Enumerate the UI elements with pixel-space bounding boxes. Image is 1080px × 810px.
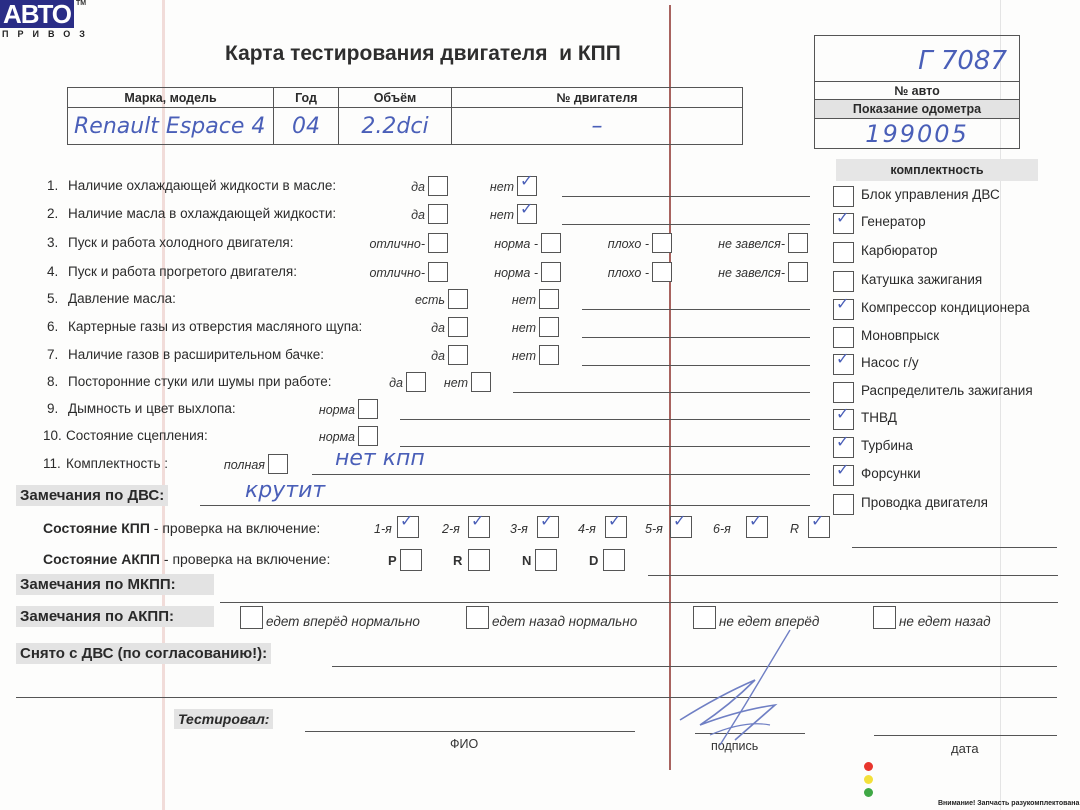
option-label: норма - — [470, 237, 538, 251]
option-checkbox[interactable] — [541, 262, 561, 282]
option-checkbox[interactable] — [448, 317, 468, 337]
option-label: плохо - — [585, 266, 649, 280]
auto-number-label: № авто — [815, 81, 1019, 100]
volume-value[interactable]: 2.2dci — [339, 108, 452, 145]
option-label: нет — [470, 208, 514, 222]
completeness-item-label: Форсунки — [861, 466, 921, 481]
gear-position-label: D — [589, 553, 598, 568]
manual-gearbox-line — [852, 547, 1057, 548]
answer-line — [312, 474, 810, 475]
gear-label: R — [790, 522, 799, 536]
gear-position-label: P — [388, 553, 397, 568]
question-number: 5. — [47, 291, 58, 306]
option-label: не завелся- — [690, 237, 785, 251]
option-label: да — [393, 208, 425, 222]
completeness-item-label: Проводка двигателя — [861, 495, 988, 510]
vehicle-id-box: Г 7087 № авто Показание одометра 199005 — [814, 35, 1020, 149]
answer-line — [400, 419, 810, 420]
odometer-value[interactable]: 199005 — [815, 120, 1019, 148]
option-checkbox[interactable] — [268, 454, 288, 474]
option-label: норма — [298, 403, 355, 417]
gear-checkbox[interactable]: ✓ — [746, 516, 768, 538]
check-mark-icon: ✓ — [540, 511, 553, 531]
option-checkbox[interactable] — [471, 372, 491, 392]
gear-checkbox[interactable]: ✓ — [397, 516, 419, 538]
gear-label: 6-я — [713, 522, 731, 536]
gear-position-label: N — [522, 553, 531, 568]
check-mark-icon: ✓ — [836, 460, 849, 480]
option-checkbox[interactable]: ✓ — [517, 176, 537, 196]
handwritten-signature — [660, 625, 800, 755]
completeness-checkbox[interactable] — [833, 242, 854, 263]
gear-label: 3-я — [510, 522, 528, 536]
completeness-note[interactable]: нет кпп — [335, 446, 425, 471]
check-mark-icon: ✓ — [520, 199, 533, 219]
completeness-item-label: Распределитель зажигания — [861, 383, 1033, 398]
question-number: 6. — [47, 319, 58, 334]
question-number: 11. — [43, 456, 61, 471]
engine-remarks-value[interactable]: крутит — [245, 478, 325, 503]
akpp-option-checkbox[interactable] — [466, 606, 489, 629]
date-caption: дата — [951, 741, 979, 756]
manual-gearbox-label-rest: - проверка на включение: — [150, 520, 320, 536]
mkpp-remarks-label: Замечания по МКПП: — [16, 574, 214, 595]
gear-position-checkbox[interactable] — [400, 549, 422, 571]
option-checkbox[interactable] — [652, 262, 672, 282]
check-mark-icon: ✓ — [471, 511, 484, 531]
question-number: 1. — [47, 178, 58, 193]
answer-line — [562, 224, 810, 225]
gear-position-checkbox[interactable] — [535, 549, 557, 571]
gear-checkbox[interactable]: ✓ — [808, 516, 830, 538]
answer-line — [582, 309, 810, 310]
option-label: нет — [470, 180, 514, 194]
auto-number-value[interactable]: Г 7087 — [815, 46, 1019, 80]
gear-checkbox[interactable]: ✓ — [670, 516, 692, 538]
odometer-label: Показание одометра — [815, 99, 1019, 119]
column-header-make-model: Марка, модель — [68, 88, 274, 108]
column-header-year: Год — [274, 88, 339, 108]
warning-text: Внимание! Запчасть разукомплектована! — [938, 800, 1080, 807]
option-checkbox[interactable] — [428, 204, 448, 224]
question-text: Посторонние стуки или шумы при работе: — [68, 374, 332, 389]
question-text: Дымность и цвет выхлопа: — [68, 401, 236, 416]
question-number: 8. — [47, 374, 58, 389]
gear-label: 1-я — [374, 522, 392, 536]
option-checkbox[interactable] — [448, 345, 468, 365]
option-checkbox[interactable] — [358, 399, 378, 419]
question-number: 3. — [47, 235, 58, 250]
option-checkbox[interactable]: ✓ — [517, 204, 537, 224]
akpp-option-label: едет назад нормально — [492, 614, 637, 629]
completeness-checkbox[interactable]: ✓ — [833, 465, 854, 486]
completeness-checkbox[interactable]: ✓ — [833, 409, 854, 430]
gear-checkbox[interactable]: ✓ — [537, 516, 559, 538]
auto-gearbox-label-rest: - проверка на включение: — [160, 551, 330, 567]
gear-checkbox[interactable]: ✓ — [605, 516, 627, 538]
akpp-remarks-label: Замечания по АКПП: — [16, 606, 214, 627]
completeness-item-label: ТНВД — [861, 410, 897, 425]
status-dot-yellow — [864, 775, 873, 784]
question-text: Наличие газов в расширительном бачке: — [68, 347, 324, 362]
trademark-mark: TM — [76, 0, 86, 7]
vehicle-info-table: Марка, модель Год Объём № двигателя Rena… — [67, 87, 743, 145]
manual-gearbox-label-bold: Состояние КПП — [43, 520, 150, 536]
completeness-item-label: Блок управления ДВС — [861, 187, 1000, 202]
question-number: 9. — [47, 401, 58, 416]
gear-checkbox[interactable]: ✓ — [468, 516, 490, 538]
option-label: не завелся- — [690, 266, 785, 280]
option-label: да — [415, 321, 445, 335]
engine-remarks-label: Замечания по ДВС: — [16, 485, 168, 506]
option-checkbox[interactable] — [428, 233, 448, 253]
completeness-item-label: Компрессор кондиционера — [861, 300, 1030, 315]
question-text: Наличие охлаждающей жидкости в масле: — [68, 178, 336, 193]
option-checkbox[interactable] — [652, 233, 672, 253]
option-label: да — [415, 349, 445, 363]
completeness-checkbox[interactable]: ✓ — [833, 213, 854, 234]
completeness-header: комплектность — [836, 159, 1038, 181]
completeness-checkbox[interactable]: ✓ — [833, 354, 854, 375]
check-mark-icon: ✓ — [811, 511, 824, 531]
mkpp-remarks-line — [220, 602, 1058, 603]
completeness-checkbox[interactable] — [833, 186, 854, 207]
question-text: Пуск и работа прогретого двигателя: — [68, 264, 297, 279]
question-text: Наличие масла в охлаждающей жидкости: — [68, 206, 336, 221]
status-dot-red — [864, 762, 873, 771]
option-label: отлично- — [345, 266, 425, 280]
engine-number-value[interactable]: – — [452, 108, 743, 145]
question-text: Пуск и работа холодного двигателя: — [68, 235, 294, 250]
completeness-checkbox[interactable] — [833, 327, 854, 348]
option-checkbox[interactable] — [788, 262, 808, 282]
gear-label: 5-я — [645, 522, 663, 536]
make-model-value[interactable]: Renault Espace 4 — [68, 108, 274, 145]
completeness-checkbox[interactable] — [833, 382, 854, 403]
question-number: 10. — [43, 428, 62, 443]
completeness-item-label: Катушка зажигания — [861, 272, 982, 287]
year-value[interactable]: 04 — [274, 108, 339, 145]
column-header-volume: Объём — [339, 88, 452, 108]
gear-label: 2-я — [442, 522, 460, 536]
answer-line — [400, 446, 810, 447]
gear-label: 4-я — [578, 522, 596, 536]
option-label: есть — [395, 293, 445, 307]
completeness-checkbox[interactable]: ✓ — [833, 299, 854, 320]
status-dot-green — [864, 788, 873, 797]
option-label: норма — [298, 430, 355, 444]
removed-parts-label: Снято с ДВС (по согласованию!): — [16, 643, 271, 664]
option-label: нет — [493, 349, 536, 363]
column-header-engine-number: № двигателя — [452, 88, 743, 108]
gear-position-checkbox[interactable] — [468, 549, 490, 571]
answer-line — [582, 365, 810, 366]
akpp-option-label: не едет назад — [899, 614, 991, 629]
auto-gearbox-label: Состояние АКПП - проверка на включение: — [43, 551, 330, 567]
option-label: нет — [493, 321, 536, 335]
option-label: плохо - — [585, 237, 649, 251]
date-line[interactable] — [874, 735, 1057, 736]
completeness-item-label: Насос г/у — [861, 355, 919, 370]
question-text: Давление масла: — [68, 291, 176, 306]
option-checkbox[interactable] — [358, 426, 378, 446]
question-number: 2. — [47, 206, 58, 221]
option-label: нет — [426, 376, 468, 390]
tested-by-label: Тестировал: — [174, 709, 273, 729]
option-label: полная — [202, 458, 265, 472]
check-mark-icon: ✓ — [608, 511, 621, 531]
akpp-option-checkbox[interactable] — [240, 606, 263, 629]
option-checkbox[interactable] — [428, 176, 448, 196]
question-text: Состояние сцепления: — [66, 428, 208, 443]
auto-gearbox-label-bold: Состояние АКПП — [43, 551, 160, 567]
akpp-option-label: едет вперёд нормально — [266, 614, 420, 629]
option-checkbox[interactable] — [428, 262, 448, 282]
removed-parts-line-2 — [16, 697, 1057, 698]
option-label: отлично- — [345, 237, 425, 251]
option-label: нет — [493, 293, 536, 307]
question-text: Картерные газы из отверстия масляного щу… — [68, 319, 362, 334]
answer-line — [562, 196, 810, 197]
brand-logo-subtitle: ПРИВОЗ — [2, 29, 94, 39]
tester-name-line[interactable] — [305, 731, 635, 732]
answer-line — [582, 337, 810, 338]
gear-position-checkbox[interactable] — [603, 549, 625, 571]
completeness-item-label: Турбина — [861, 438, 913, 453]
option-label: да — [393, 180, 425, 194]
completeness-checkbox[interactable]: ✓ — [833, 437, 854, 458]
option-checkbox[interactable] — [788, 233, 808, 253]
gear-position-label: R — [453, 553, 462, 568]
question-number: 7. — [47, 347, 58, 362]
option-label: норма - — [470, 266, 538, 280]
completeness-checkbox[interactable] — [833, 271, 854, 292]
check-mark-icon: ✓ — [836, 349, 849, 369]
check-mark-icon: ✓ — [836, 294, 849, 314]
check-mark-icon: ✓ — [400, 511, 413, 531]
check-mark-icon: ✓ — [836, 404, 849, 424]
answer-line — [513, 392, 810, 393]
option-checkbox[interactable] — [539, 317, 559, 337]
completeness-item-label: Карбюратор — [861, 243, 938, 258]
option-label: да — [370, 376, 403, 390]
brand-logo: АВТО — [0, 0, 74, 28]
completeness-item-label: Генератор — [861, 214, 926, 229]
option-checkbox[interactable] — [539, 345, 559, 365]
completeness-item-label: Моновпрыск — [861, 328, 939, 343]
auto-gearbox-line — [648, 575, 1058, 576]
option-checkbox[interactable] — [448, 289, 468, 309]
completeness-checkbox[interactable] — [833, 494, 854, 515]
akpp-option-checkbox[interactable] — [873, 606, 896, 629]
question-number: 4. — [47, 264, 58, 279]
check-mark-icon: ✓ — [749, 511, 762, 531]
check-mark-icon: ✓ — [520, 171, 533, 191]
engine-remarks-line — [200, 505, 810, 506]
check-mark-icon: ✓ — [836, 432, 849, 452]
option-checkbox[interactable] — [541, 233, 561, 253]
check-mark-icon: ✓ — [836, 208, 849, 228]
option-checkbox[interactable] — [539, 289, 559, 309]
page-title: Карта тестирования двигателя и КПП — [225, 42, 621, 66]
question-text: Комплектность : — [66, 456, 168, 471]
check-mark-icon: ✓ — [673, 511, 686, 531]
option-checkbox[interactable] — [406, 372, 426, 392]
manual-gearbox-label: Состояние КПП - проверка на включение: — [43, 520, 320, 536]
fio-caption: ФИО — [450, 737, 478, 751]
